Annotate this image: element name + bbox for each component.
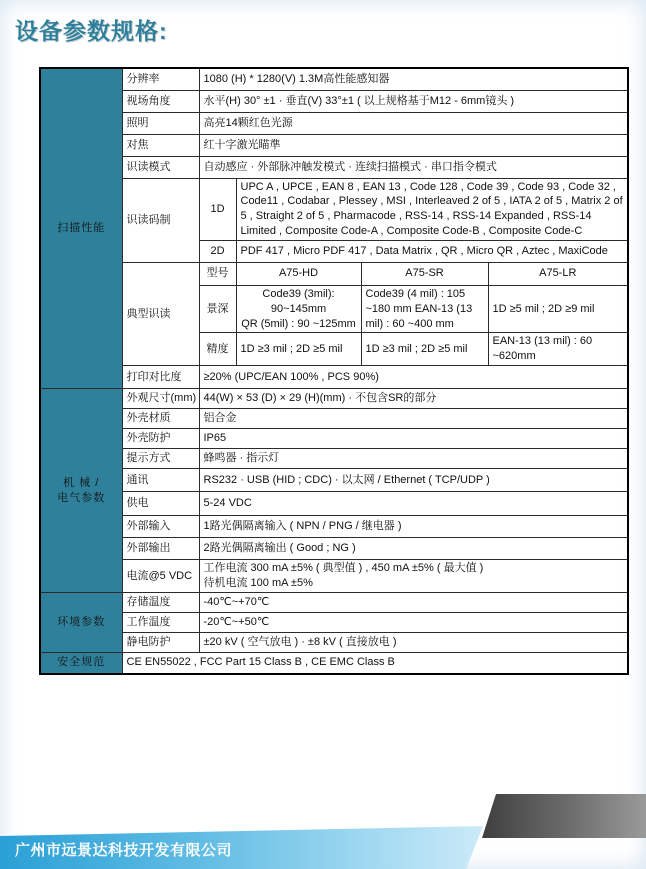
row-value-communication: RS232 · USB (HID ; CDC) · 以太网 / Ethernet… xyxy=(199,469,628,492)
table-row: 外部输出 2路光偶隔离输出 ( Good ; NG ) xyxy=(40,538,628,560)
table-row: 识读模式 自动感应 · 外部脉冲触发模式 · 连续扫描模式 · 串口指令模式 xyxy=(40,156,628,178)
table-row: 工作温度 -20℃~+50℃ xyxy=(40,613,628,633)
row-value-housing-material: 铝合金 xyxy=(199,409,628,429)
sub-label-dof: 景深 xyxy=(199,285,236,333)
model-name-a75-lr: A75-LR xyxy=(488,262,628,285)
row-value-esd: ±20 kV ( 空气放电 ) · ±8 kV ( 直接放电 ) xyxy=(199,633,628,653)
row-value-fov: 水平(H) 30° ±1 · 垂直(V) 33°±1 ( 以上规格基于M12 -… xyxy=(199,90,628,112)
row-label-current: 电流@5 VDC xyxy=(122,560,199,593)
table-row: 安全规范 CE EN55022 , FCC Part 15 Class B , … xyxy=(40,653,628,674)
row-label-housing-protection: 外壳防护 xyxy=(122,429,199,449)
row-value-1d-codes: UPC A , UPCE , EAN 8 , EAN 13 , Code 128… xyxy=(236,178,628,240)
table-row: 照明 高亮14颗红色光源 xyxy=(40,112,628,134)
table-row: 外壳材质 铝合金 xyxy=(40,409,628,429)
table-row: 打印对比度 ≥20% (UPC/EAN 100% , PCS 90%) xyxy=(40,366,628,389)
row-value-focus: 红十字激光瞄準 xyxy=(199,134,628,156)
row-label-esd: 静电防护 xyxy=(122,633,199,653)
precision-value-hd: 1D ≥3 mil ; 2D ≥5 mil xyxy=(236,333,361,366)
dof-value-hd: Code39 (3mil): 90~145mm QR (5mil) : 90 ~… xyxy=(236,285,361,333)
table-row: 机 械 / 电气参数 外观尺寸(mm) 44(W) × 53 (D) × 29 … xyxy=(40,389,628,409)
row-label-communication: 通讯 xyxy=(122,469,199,492)
row-value-power: 5-24 VDC xyxy=(199,492,628,516)
row-label-fov: 视场角度 xyxy=(122,90,199,112)
row-label-power: 供电 xyxy=(122,492,199,516)
row-label-ext-input: 外部输入 xyxy=(122,516,199,538)
dof-value-lr: 1D ≥5 mil ; 2D ≥9 mil xyxy=(488,285,628,333)
table-row: 典型识读 型号 A75-HD A75-SR A75-LR xyxy=(40,262,628,285)
table-row: 静电防护 ±20 kV ( 空气放电 ) · ±8 kV ( 直接放电 ) xyxy=(40,633,628,653)
row-label-print-contrast: 打印对比度 xyxy=(122,366,199,389)
row-label-indication: 提示方式 xyxy=(122,449,199,469)
model-name-a75-sr: A75-SR xyxy=(361,262,488,285)
row-label-housing-material: 外壳材质 xyxy=(122,409,199,429)
precision-value-sr: 1D ≥3 mil ; 2D ≥5 mil xyxy=(361,333,488,366)
row-label-symbologies: 识读码制 xyxy=(122,178,199,262)
category-cell-mechanical-electrical: 机 械 / 电气参数 xyxy=(40,389,122,593)
gray-parallelogram-accent xyxy=(482,794,646,838)
table-row: 外壳防护 IP65 xyxy=(40,429,628,449)
sub-label-2d: 2D xyxy=(199,240,236,262)
row-value-read-mode: 自动感应 · 外部脉冲触发模式 · 连续扫描模式 · 串口指令模式 xyxy=(199,156,628,178)
table-row: 供电 5-24 VDC xyxy=(40,492,628,516)
table-row: 识读码制 1D UPC A , UPCE , EAN 8 , EAN 13 , … xyxy=(40,178,628,240)
company-name: 广州市远景达科技开发有限公司 xyxy=(15,839,232,860)
category-cell-environment: 环境参数 xyxy=(40,593,122,653)
row-value-safety: CE EN55022 , FCC Part 15 Class B , CE EM… xyxy=(122,653,628,674)
row-value-storage-temp: -40℃~+70℃ xyxy=(199,593,628,613)
table-row: 通讯 RS232 · USB (HID ; CDC) · 以太网 / Ether… xyxy=(40,469,628,492)
table-row: 电流@5 VDC 工作电流 300 mA ±5% ( 典型值 ) , 450 m… xyxy=(40,560,628,593)
row-value-indication: 蜂鸣器 · 指示灯 xyxy=(199,449,628,469)
table-row: 提示方式 蜂鸣器 · 指示灯 xyxy=(40,449,628,469)
table-row: 对焦 红十字激光瞄準 xyxy=(40,134,628,156)
row-value-resolution: 1080 (H) * 1280(V) 1.3M高性能感知器 xyxy=(199,68,628,90)
category-mech-line1: 机 械 / xyxy=(45,476,118,491)
row-label-typical-reading: 典型识读 xyxy=(122,262,199,365)
row-value-ext-input: 1路光偶隔离输入 ( NPN / PNG / 继电器 ) xyxy=(199,516,628,538)
row-value-2d-codes: PDF 417 , Micro PDF 417 , Data Matrix , … xyxy=(236,240,628,262)
page-title: 设备参数规格: xyxy=(15,13,168,46)
row-label-illumination: 照明 xyxy=(122,112,199,134)
sub-label-1d: 1D xyxy=(199,178,236,240)
row-label-resolution: 分辨率 xyxy=(122,68,199,90)
row-label-focus: 对焦 xyxy=(122,134,199,156)
table-row: 扫描性能 分辨率 1080 (H) * 1280(V) 1.3M高性能感知器 xyxy=(40,68,628,90)
spec-table: 扫描性能 分辨率 1080 (H) * 1280(V) 1.3M高性能感知器 视… xyxy=(39,67,629,675)
row-value-print-contrast: ≥20% (UPC/EAN 100% , PCS 90%) xyxy=(199,366,628,389)
dof-value-sr: Code39 (4 mil) : 105 ~180 mm EAN-13 (13 … xyxy=(361,285,488,333)
sub-label-precision: 精度 xyxy=(199,333,236,366)
row-value-operating-temp: -20℃~+50℃ xyxy=(199,613,628,633)
category-cell-safety: 安全规范 xyxy=(40,653,122,674)
row-value-current: 工作电流 300 mA ±5% ( 典型值 ) , 450 mA ±5% ( 最… xyxy=(199,560,628,593)
sub-label-model: 型号 xyxy=(199,262,236,285)
row-label-ext-output: 外部输出 xyxy=(122,538,199,560)
row-label-dimensions: 外观尺寸(mm) xyxy=(122,389,199,409)
category-mech-line2: 电气参数 xyxy=(45,491,118,506)
category-cell-scan-performance: 扫描性能 xyxy=(40,68,122,389)
row-value-housing-protection: IP65 xyxy=(199,429,628,449)
precision-value-lr: EAN-13 (13 mil) : 60 ~620mm xyxy=(488,333,628,366)
table-row: 环境参数 存储温度 -40℃~+70℃ xyxy=(40,593,628,613)
datasheet-page: 设备参数规格: 扫描性能 分辨率 1080 (H) * 1280(V) 1.3M… xyxy=(0,0,646,869)
row-value-ext-output: 2路光偶隔离输出 ( Good ; NG ) xyxy=(199,538,628,560)
table-row: 外部输入 1路光偶隔离输入 ( NPN / PNG / 继电器 ) xyxy=(40,516,628,538)
row-label-storage-temp: 存储温度 xyxy=(122,593,199,613)
model-name-a75-hd: A75-HD xyxy=(236,262,361,285)
row-label-read-mode: 识读模式 xyxy=(122,156,199,178)
row-value-illumination: 高亮14颗红色光源 xyxy=(199,112,628,134)
row-label-operating-temp: 工作温度 xyxy=(122,613,199,633)
row-value-dimensions: 44(W) × 53 (D) × 29 (H)(mm) · 不包含SR的部分 xyxy=(199,389,628,409)
table-row: 视场角度 水平(H) 30° ±1 · 垂直(V) 33°±1 ( 以上规格基于… xyxy=(40,90,628,112)
